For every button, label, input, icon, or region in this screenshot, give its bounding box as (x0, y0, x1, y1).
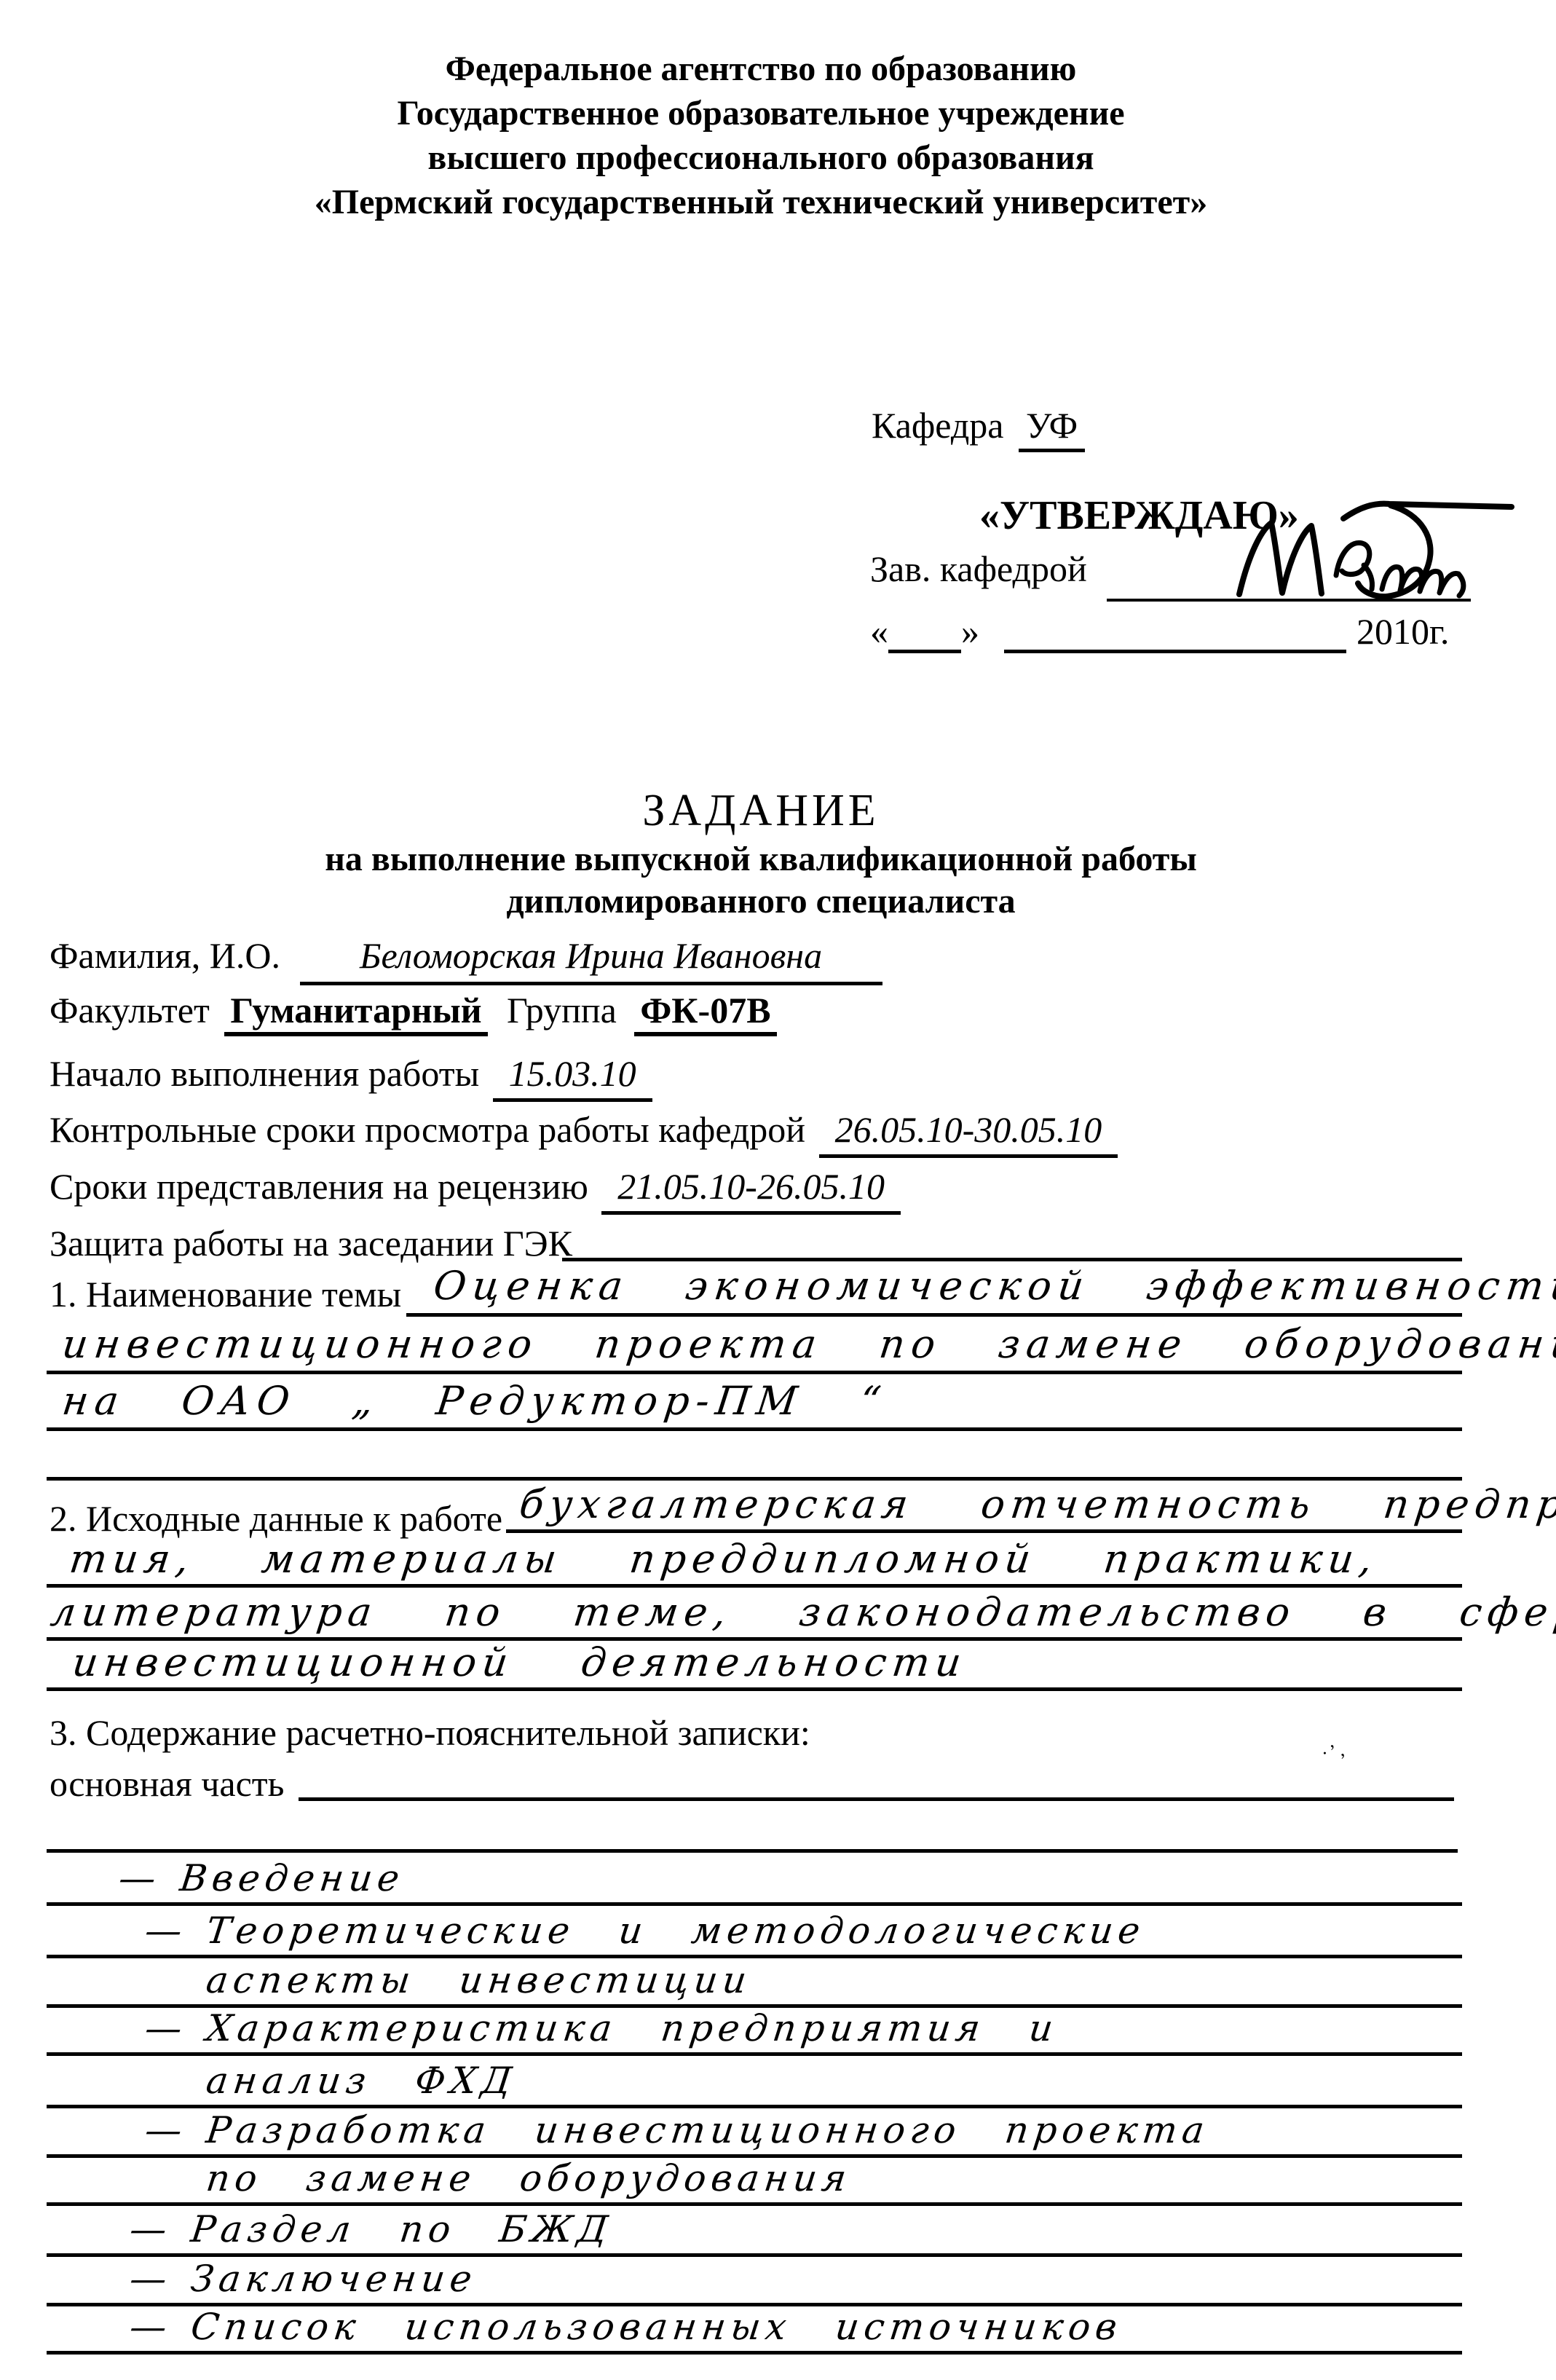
list-dash: — (127, 2258, 194, 2300)
list-dash: — (116, 1857, 183, 1899)
ruled-line (47, 1477, 1462, 1481)
content-list-item: —Заключение (127, 2258, 479, 2300)
date-gap (979, 611, 1004, 653)
main-part-label: основная часть (50, 1763, 284, 1804)
field-row-review-dates: Контрольные сроки просмотра работы кафед… (50, 1108, 1118, 1151)
start-date-value: 15.03.10 (493, 1053, 652, 1102)
ruled-line (47, 1371, 1462, 1374)
department-label: Кафедра (872, 405, 1003, 446)
ruled-line (47, 1427, 1462, 1431)
main-part-row: основная часть (50, 1762, 284, 1805)
date-quote-open: « (870, 611, 888, 652)
group-field-value: ФК-07В (634, 990, 776, 1036)
ruled-line (299, 1797, 1454, 1801)
org-header-line-4: «Пермский государственный технический ун… (0, 180, 1522, 224)
faculty-field-label: Факультет (50, 990, 210, 1031)
field-row-faculty-group: Факультет Гуманитарный Группа ФК-07В (50, 989, 777, 1032)
date-quote-close: » (961, 611, 979, 652)
ruled-line (47, 1849, 1458, 1853)
head-of-department-label: Зав. кафедрой (870, 548, 1087, 591)
list-item-text: анализ ФХД (204, 2060, 519, 2102)
ruled-line (47, 2202, 1462, 2206)
handwritten-data-line-4: инвестиционной деятельности (70, 1639, 969, 1685)
content-list-item: —Введение (116, 1857, 407, 1899)
content-list-item: аспекты инвестиции (143, 1959, 754, 2001)
list-item-text: Разработка инвестиционного проекта (204, 2109, 1212, 2151)
list-item-text: по замене оборудования (204, 2157, 854, 2199)
scan-speck: ·’‚ (1319, 1738, 1348, 1765)
field-row-defense: Защита работы на заседании ГЭК (50, 1222, 572, 1265)
ruled-line (47, 2253, 1462, 2257)
ruled-line (47, 1687, 1462, 1691)
org-header-line-1: Федеральное агентство по образованию (0, 47, 1522, 91)
list-dash: — (143, 1910, 209, 1952)
list-item-text: Раздел по БЖД (189, 2208, 615, 2250)
referee-dates-label: Сроки представления на рецензию (50, 1166, 588, 1207)
review-dates-label: Контрольные сроки просмотра работы кафед… (50, 1109, 805, 1150)
ruled-line (47, 2052, 1462, 2056)
start-date-label: Начало выполнения работы (50, 1053, 479, 1094)
handwritten-data-line-1: бухгалтерская отчетность предприя- (517, 1481, 1556, 1527)
handwritten-theme-line-1: Оценка экономической эффективности (431, 1263, 1556, 1309)
content-list-item: —Теоретические и методологические (143, 1910, 1148, 1952)
list-item-text: аспекты инвестиции (204, 1959, 754, 2001)
department-value: УФ (1019, 405, 1085, 452)
date-day-blank (888, 611, 961, 653)
assignment-subtitle-2: дипломированного специалиста (0, 881, 1522, 921)
faculty-field-value: Гуманитарный (224, 990, 487, 1036)
content-list-item: —Список использованных источников (127, 2306, 1124, 2348)
assignment-subtitle-1: на выполнение выпускной квалификационной… (0, 839, 1522, 879)
theme-section-label: 1. Наименование темы (50, 1273, 401, 1316)
review-dates-value: 26.05.10-30.05.10 (819, 1109, 1118, 1158)
ruled-line (406, 1313, 1462, 1317)
name-field-label: Фамилия, И.О. (50, 935, 280, 976)
initial-data-label: 2. Исходные данные к работе (50, 1497, 502, 1540)
content-list-item: по замене оборудования (143, 2157, 854, 2199)
list-dash: — (127, 2208, 194, 2250)
field-row-referee-dates: Сроки представления на рецензию 21.05.10… (50, 1165, 901, 1208)
handwritten-theme-line-2: инвестиционного проекта по замене оборуд… (60, 1321, 1556, 1367)
list-item-text: Заключение (189, 2258, 479, 2300)
handwritten-data-line-3: литература по теме, законодательство в с… (48, 1589, 1556, 1635)
org-header-line-2: Государственное образовательное учрежден… (0, 91, 1522, 135)
ruled-line (506, 1529, 1462, 1533)
date-month-blank (1004, 611, 1346, 653)
org-header: Федеральное агентство по образованию Гос… (0, 47, 1522, 224)
group-field-label: Группа (507, 990, 617, 1031)
handwritten-data-line-2: тия, материалы преддипломной практики, (67, 1536, 1381, 1582)
ruled-line (47, 2105, 1462, 2108)
org-header-line-3: высшего профессионального образования (0, 135, 1522, 180)
ruled-line (47, 1584, 1462, 1588)
ruled-line (47, 2351, 1462, 2355)
scanned-document-page: Федеральное агентство по образованию Гос… (0, 0, 1556, 2380)
defense-label: Защита работы на заседании ГЭК (50, 1223, 572, 1264)
list-item-text: Список использованных источников (189, 2306, 1124, 2348)
content-list-item: —Раздел по БЖД (127, 2208, 615, 2250)
content-list-item: —Разработка инвестиционного проекта (143, 2109, 1212, 2151)
ruled-line (47, 1902, 1462, 1906)
ruled-line (562, 1258, 1462, 1261)
list-dash: — (143, 2109, 209, 2151)
handwritten-theme-line-3: на ОАО „ Редуктор-ПМ “ (60, 1378, 890, 1424)
referee-dates-value: 21.05.10-26.05.10 (601, 1166, 901, 1215)
list-item-text: Введение (178, 1857, 407, 1899)
ruled-line (47, 1955, 1462, 1958)
department-field: Кафедра УФ (872, 404, 1085, 447)
contents-section-label: 3. Содержание расчетно-пояснительной зап… (50, 1711, 810, 1754)
list-dash: — (143, 2007, 209, 2049)
field-row-start-date: Начало выполнения работы 15.03.10 (50, 1052, 652, 1095)
list-dash: — (127, 2306, 194, 2348)
content-list-item: анализ ФХД (143, 2060, 519, 2102)
date-year-label: 2010г. (1356, 611, 1449, 652)
assignment-title: ЗАДАНИЕ (0, 785, 1522, 837)
approval-date-line: «»2010г. (870, 610, 1449, 653)
content-list-item: —Характеристика предприятия и (143, 2007, 1060, 2049)
field-row-name: Фамилия, И.О. Беломорская Ирина Ивановна (50, 934, 882, 985)
name-field-value: Беломорская Ирина Ивановна (300, 934, 882, 985)
list-item-text: Характеристика предприятия и (204, 2007, 1060, 2049)
signature-icon (1209, 479, 1514, 610)
list-item-text: Теоретические и методологические (204, 1910, 1148, 1952)
